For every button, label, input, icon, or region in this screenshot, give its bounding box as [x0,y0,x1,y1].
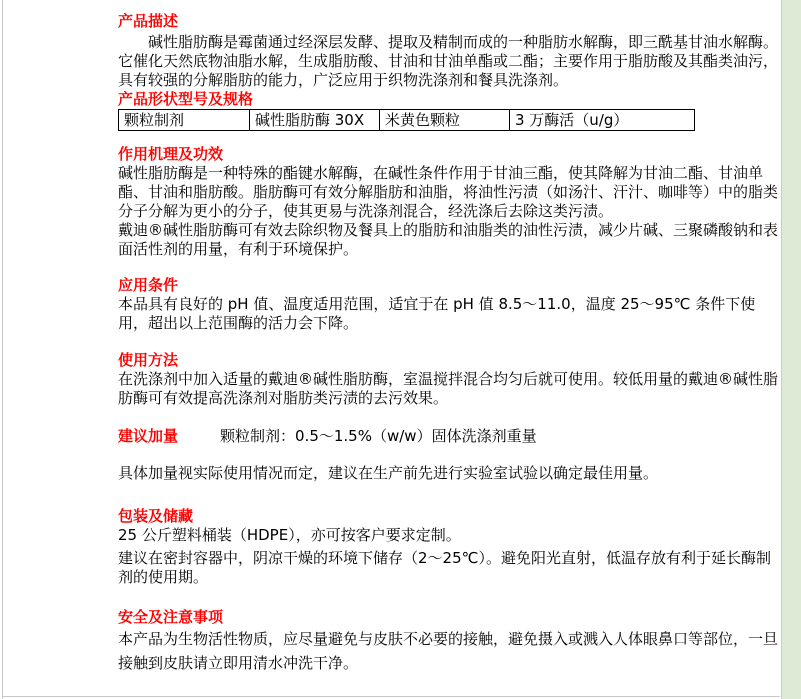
section-heading-product-spec: 产品形状型号及规格 [118,90,781,109]
bottom-border-rule [3,696,780,697]
product-description-paragraph: 碱性脂肪酶是霉菌通过经深层发酵、提取及精制而成的一种脂肪水解酶，即三酰基甘油水解… [118,33,781,90]
section-heading-usage: 使用方法 [118,351,781,370]
spec-table: 颗粒制剂 碱性脂肪酶 30X 米黄色颗粒 3 万酶活（u/g） [118,109,695,131]
section-dosage: 建议加量 颗粒制剂：0.5～1.5%（w/w）固体洗涤剂重量 具体加量视实际使用… [118,427,781,483]
section-heading-packaging: 包装及储藏 [118,507,781,526]
spec-cell-form: 颗粒制剂 [119,110,250,131]
section-mechanism: 作用机理及功效 碱性脂肪酶是一种特殊的酯键水解酶，在碱性条件作用于甘油三酯，使其… [118,145,781,259]
section-heading-dosage: 建议加量 [118,427,178,446]
mechanism-paragraph-2: 戴迪®碱性脂肪酶可有效去除织物及餐具上的脂肪和油脂类的油性污渍，减少片碱、三聚磷… [118,221,781,259]
spec-cell-activity: 3 万酶活（u/g） [510,110,695,131]
section-safety: 安全及注意事项 本产品为生物活性物质，应尽量避免与皮肤不必要的接触，避免摄入或溅… [118,608,781,675]
spec-table-row: 颗粒制剂 碱性脂肪酶 30X 米黄色颗粒 3 万酶活（u/g） [119,110,695,131]
dosage-inline-value: 颗粒制剂：0.5～1.5%（w/w）固体洗涤剂重量 [220,427,537,446]
packaging-paragraph-1: 25 公斤塑料桶装（HDPE），亦可按客户要求定制。 [118,526,781,545]
spec-cell-product-name: 碱性脂肪酶 30X [250,110,380,131]
left-border-rule [2,0,3,699]
mechanism-paragraph-1: 碱性脂肪酶是一种特殊的酯键水解酶，在碱性条件作用于甘油三酯，使其降解为甘油二酯、… [118,164,781,221]
section-heading-mechanism: 作用机理及功效 [118,145,781,164]
section-product-description: 产品描述 碱性脂肪酶是霉菌通过经深层发酵、提取及精制而成的一种脂肪水解酶，即三酰… [118,12,781,90]
section-application-conditions: 应用条件 本品具有良好的 pH 值、温度适用范围，适宜于在 pH 值 8.5～1… [118,276,781,333]
section-heading-application-conditions: 应用条件 [118,276,781,295]
dosage-note-paragraph: 具体加量视实际使用情况而定，建议在生产前先进行实验室试验以确定最佳用量。 [118,464,781,483]
dosage-heading-row: 建议加量 颗粒制剂：0.5～1.5%（w/w）固体洗涤剂重量 [118,427,781,446]
spec-cell-appearance: 米黄色颗粒 [380,110,510,131]
safety-paragraph: 本产品为生物活性物质，应尽量避免与皮肤不必要的接触，避免摄入或溅入人体眼鼻口等部… [118,627,781,675]
usage-paragraph: 在洗涤剂中加入适量的戴迪®碱性脂肪酶，室温搅拌混合均匀后就可使用。较低用量的戴迪… [118,370,781,408]
page-background-strip [781,0,801,699]
section-packaging: 包装及储藏 25 公斤塑料桶装（HDPE），亦可按客户要求定制。 建议在密封容器… [118,507,781,587]
document-content: 产品描述 碱性脂肪酶是霉菌通过经深层发酵、提取及精制而成的一种脂肪水解酶，即三酰… [118,12,781,675]
section-heading-safety: 安全及注意事项 [118,608,781,627]
section-heading-product-description: 产品描述 [118,12,781,31]
section-usage: 使用方法 在洗涤剂中加入适量的戴迪®碱性脂肪酶，室温搅拌混合均匀后就可使用。较低… [118,351,781,408]
packaging-paragraph-2: 建议在密封容器中，阴凉干燥的环境下储存（2～25℃）。避免阳光直射，低温存放有利… [118,549,781,587]
section-product-spec: 产品形状型号及规格 颗粒制剂 碱性脂肪酶 30X 米黄色颗粒 3 万酶活（u/g… [118,90,781,131]
application-conditions-paragraph: 本品具有良好的 pH 值、温度适用范围，适宜于在 pH 值 8.5～11.0，温… [118,295,781,333]
